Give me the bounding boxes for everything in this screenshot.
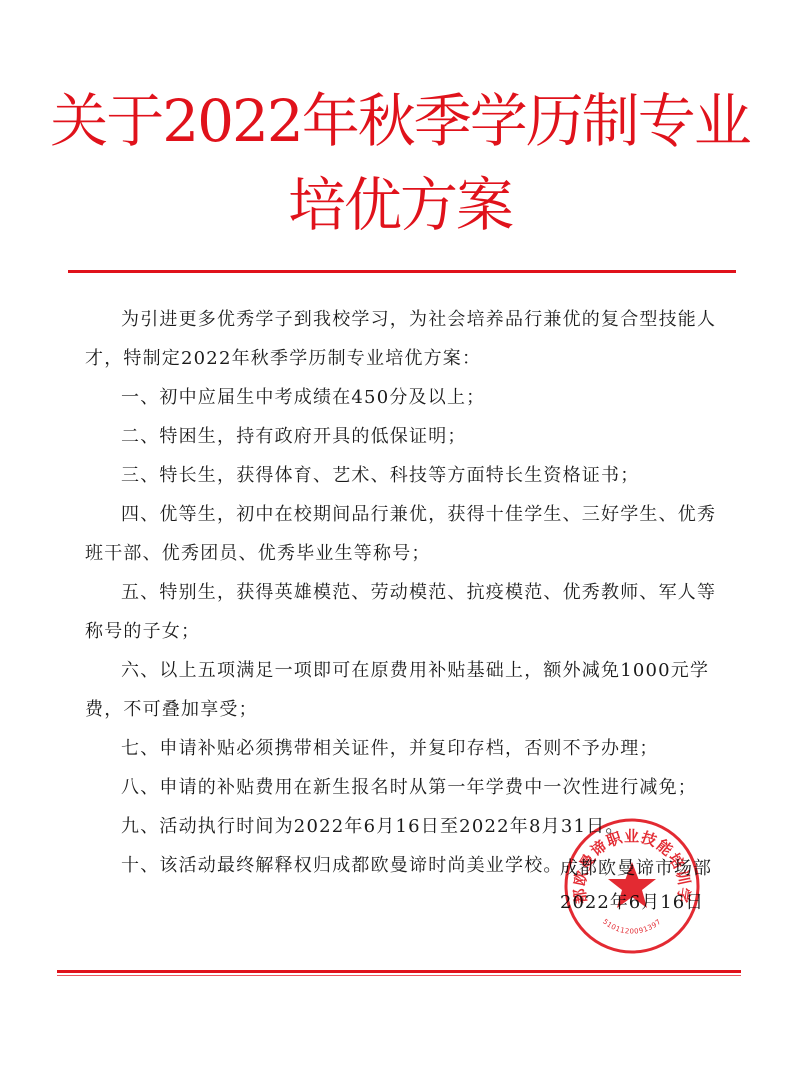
clause-7: 七、申请补贴必须携带相关证件，并复印存档，否则不予办理；: [85, 729, 725, 768]
clause-8: 八、申请的补贴费用在新生报名时从第一年学费中一次性进行减免；: [85, 768, 725, 807]
document-body: 为引进更多优秀学子到我校学习，为社会培养品行兼优的复合型技能人才，特制定2022…: [85, 300, 725, 885]
clause-1: 一、初中应届生中考成绩在450分及以上；: [85, 378, 725, 417]
seal-star-icon: [608, 862, 656, 908]
intro-paragraph: 为引进更多优秀学子到我校学习，为社会培养品行兼优的复合型技能人才，特制定2022…: [85, 300, 725, 378]
seal-serial-number: 5101120091397: [601, 918, 663, 936]
clause-5: 五、特别生，获得英雄模范、劳动模范、抗疫模范、优秀教师、军人等称号的子女；: [85, 573, 725, 651]
svg-text:5101120091397: 5101120091397: [601, 918, 663, 936]
clause-2: 二、特困生，持有政府开具的低保证明；: [85, 417, 725, 456]
official-seal-icon: 成都欧曼谛职业技能培训学校 5101120091397: [562, 816, 702, 956]
clause-3: 三、特长生，获得体育、艺术、科技等方面特长生资格证书；: [85, 456, 725, 495]
document-title-line2: 培优方案: [0, 170, 800, 240]
footer-divider-thin: [57, 975, 741, 976]
footer-divider-thick: [57, 970, 741, 973]
clause-6: 六、以上五项满足一项即可在原费用补贴基础上，额外减免1000元学费，不可叠加享受…: [85, 651, 725, 729]
document-title-line1: 关于2022年秋季学历制专业: [0, 86, 800, 156]
clause-4: 四、优等生，初中在校期间品行兼优，获得十佳学生、三好学生、优秀班干部、优秀团员、…: [85, 495, 725, 573]
header-divider: [68, 270, 736, 273]
